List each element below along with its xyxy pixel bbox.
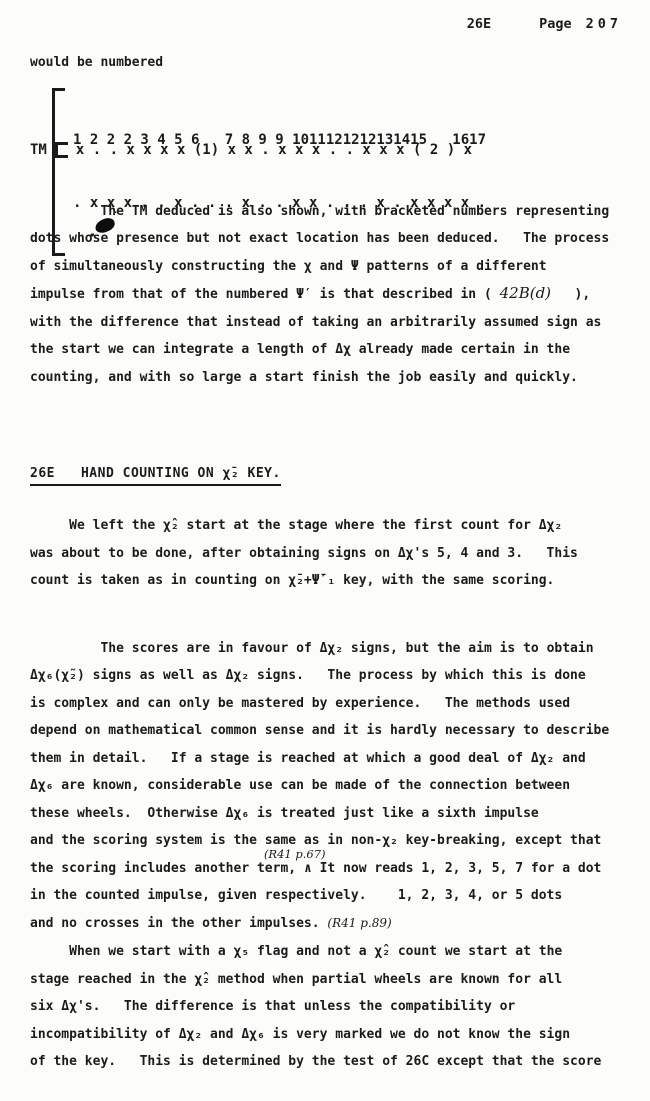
paragraph-text: The scores are in favour of Δχ₂ signs, b… [30, 641, 609, 849]
paragraph-tm-deduced: The TM deduced is also shown, with brack… [30, 170, 626, 419]
paragraph-text: in the counted impulse, given respective… [30, 888, 562, 931]
page-header: 26E Page 207 [467, 16, 622, 32]
header-page-ref: Page 207 [539, 16, 622, 32]
line-segment: It now reads 1, 2, 3, 5, 7 for a dot [312, 861, 602, 876]
section-heading: 26EHAND COUNTING ON χ̄₂ KEY. [30, 466, 281, 486]
paragraph-when-we-start: When we start with a χ₅ flag and not a χ… [30, 938, 626, 1076]
section-heading-number: 26E [30, 466, 55, 481]
insertion-point: (R41 p.67)∧ [304, 855, 312, 883]
section-heading-title: HAND COUNTING ON χ̄₂ KEY. [81, 466, 281, 481]
tm-left-bracket [55, 142, 68, 158]
scanned-document-page: 26E Page 207 would be numbered 1 2 2 2 3… [0, 0, 650, 1101]
handwritten-annotation: (R41 p.89) [327, 916, 391, 930]
handwritten-reference: 42B(d) [500, 284, 551, 302]
header-page-label: Page [539, 16, 572, 32]
margin-annotation: (R41 p.67) [264, 841, 326, 869]
intro-line: would be numbered [30, 55, 163, 70]
paragraph-scores: The scores are in favour of Δχ₂ signs, b… [30, 607, 626, 965]
tm-row: TM x . . x x x x (1) x x . x x x . . x x… [30, 142, 472, 158]
tm-label: TM [30, 142, 47, 158]
header-page-number: 207 [586, 16, 622, 32]
line-segment: the scoring includes another term, [30, 861, 304, 876]
paragraph-we-left: We left the χ̂₂ start at the stage where… [30, 512, 626, 595]
header-section-number: 26E [467, 16, 491, 32]
tm-sequence: x . . x x x x (1) x x . x x x . . x x x … [76, 142, 472, 158]
